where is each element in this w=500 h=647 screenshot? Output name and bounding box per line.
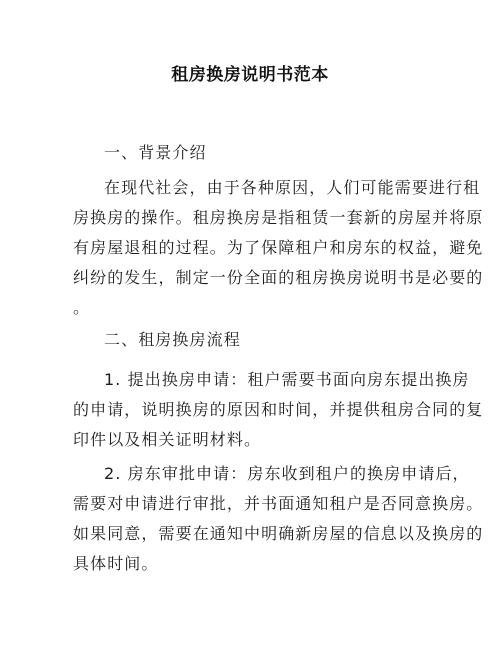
paragraph-line: 的申请，说明换房的原因和时间，并提供租房合同的复: [73, 395, 433, 425]
paragraph-line: 房换房的操作。租房换房是指租赁一套新的房屋并将原: [73, 203, 433, 233]
process-step-2: 2. 房东审批申请：房东收到租户的换房申请后， 需要对申请进行审批，并书面通知租…: [73, 459, 433, 579]
paragraph-background: 在现代社会，由于各种原因，人们可能需要进行租 房换房的操作。租房换房是指租赁一套…: [73, 173, 433, 323]
document-title: 租房换房说明书范本: [0, 63, 500, 87]
paragraph-line: 具体时间。: [73, 549, 433, 579]
process-step-1: 1. 提出换房申请：租户需要书面向房东提出换房 的申请，说明换房的原因和时间，并…: [73, 365, 433, 455]
section-heading: 二、租房换房流程: [73, 325, 433, 355]
paragraph-line: 需要对申请进行审批，并书面通知租户是否同意换房。: [73, 489, 433, 519]
section-heading-process: 二、租房换房流程: [73, 325, 433, 355]
paragraph-line: 如果同意，需要在通知中明确新房屋的信息以及换房的: [73, 519, 433, 549]
paragraph-line: 纠纷的发生，制定一份全面的租房换房说明书是必要的: [73, 263, 433, 293]
paragraph-line: 。: [73, 293, 433, 323]
section-heading: 一、背景介绍: [73, 138, 433, 168]
paragraph-line: 有房屋退租的过程。为了保障租户和房东的权益，避免: [73, 233, 433, 263]
paragraph-line: 印件以及相关证明材料。: [73, 425, 433, 455]
paragraph-line: 1. 提出换房申请：租户需要书面向房东提出换房: [73, 365, 433, 395]
document-page: 租房换房说明书范本 一、背景介绍 在现代社会，由于各种原因，人们可能需要进行租 …: [0, 0, 500, 647]
paragraph-line: 2. 房东审批申请：房东收到租户的换房申请后，: [73, 459, 433, 489]
paragraph-line: 在现代社会，由于各种原因，人们可能需要进行租: [73, 173, 433, 203]
section-heading-background: 一、背景介绍: [73, 138, 433, 168]
